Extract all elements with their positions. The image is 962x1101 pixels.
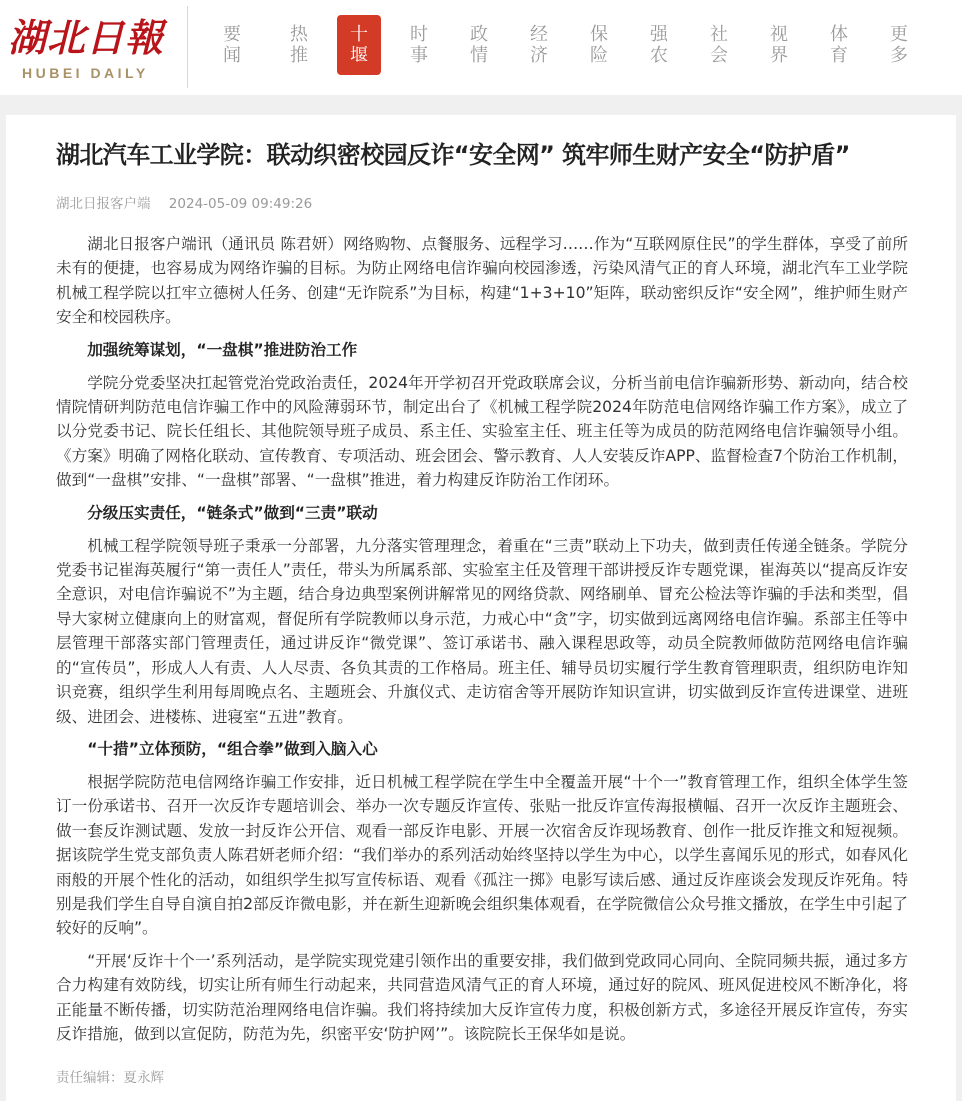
nav-item-baoxian[interactable]: 保 险 — [577, 15, 621, 75]
article-paragraph: 学院分党委坚决扛起管党治党政治责任，2024年开学初召开党政联席会议，分析当前电… — [56, 371, 908, 493]
nav-item-shijie[interactable]: 视 界 — [757, 15, 801, 75]
nav-label-line1: 十 — [350, 24, 368, 45]
responsible-editor: 责任编辑：夏永辉 — [56, 1066, 164, 1086]
nav-item-qiangnong[interactable]: 强 农 — [637, 15, 681, 75]
article-datetime: 2024-05-09 09:49:26 — [169, 196, 312, 212]
nav-label-line1: 要 — [223, 24, 241, 45]
nav-label-line1: 强 — [650, 24, 668, 45]
nav-item-shiyan[interactable]: 十 堰 — [337, 15, 381, 75]
nav-label-line1: 保 — [590, 24, 608, 45]
nav-label-line1: 更 — [890, 24, 908, 45]
channel-nav: 要 闻 热 推 十 堰 时 事 政 情 经 济 保 险 强 农 — [210, 15, 962, 75]
nav-item-gengduo[interactable]: 更 多 — [877, 15, 921, 75]
nav-label-line2: 界 — [770, 45, 788, 66]
nav-label-line2: 险 — [590, 45, 608, 66]
nav-label-line2: 事 — [410, 45, 428, 66]
logo-chinese-text: 湖北日報 — [8, 14, 173, 62]
nav-label-line2: 农 — [650, 45, 668, 66]
nav-label-line1: 热 — [290, 24, 308, 45]
nav-label-line2: 多 — [890, 45, 908, 66]
nav-item-shehui[interactable]: 社 会 — [697, 15, 741, 75]
header-divider — [187, 6, 188, 88]
hubei-daily-logo[interactable]: 湖北日報 HUBEI DAILY — [8, 14, 173, 84]
nav-label-line1: 经 — [530, 24, 548, 45]
nav-label-line1: 政 — [470, 24, 488, 45]
nav-label-line1: 社 — [710, 24, 728, 45]
section-heading: 加强统筹谋划，“一盘棋”推进防治工作 — [56, 338, 908, 362]
nav-label-line2: 闻 — [223, 45, 241, 66]
article-card: 湖北汽车工业学院：联动织密校园反诈“安全网” 筑牢师生财产安全“防护盾” 湖北日… — [6, 115, 956, 1101]
nav-label-line2: 会 — [710, 45, 728, 66]
nav-label-line2: 育 — [830, 45, 848, 66]
site-header: 湖北日報 HUBEI DAILY 要 闻 热 推 十 堰 时 事 政 情 经 济… — [0, 0, 962, 95]
logo-english-text: HUBEI DAILY — [22, 65, 149, 81]
nav-item-yaowen[interactable]: 要 闻 — [210, 15, 254, 75]
nav-label-line1: 视 — [770, 24, 788, 45]
nav-item-zhengqing[interactable]: 政 情 — [457, 15, 501, 75]
nav-label-line2: 堰 — [350, 45, 368, 66]
nav-label-line2: 济 — [530, 45, 548, 66]
article-paragraph: “开展‘反诈十个一’系列活动，是学院实现党建引领作出的重要安排，我们做到党政同心… — [56, 949, 908, 1047]
article-paragraph: 根据学院防范电信网络诈骗工作安排，近日机械工程学院在学生中全覆盖开展“十个一”教… — [56, 770, 908, 941]
nav-label-line1: 时 — [410, 24, 428, 45]
article-title: 湖北汽车工业学院：联动织密校园反诈“安全网” 筑牢师生财产安全“防护盾” — [56, 137, 936, 173]
nav-label-line2: 推 — [290, 45, 308, 66]
section-heading: 分级压实责任，“链条式”做到“三责”联动 — [56, 501, 908, 525]
section-heading: “十措”立体预防，“组合拳”做到入脑入心 — [56, 737, 908, 761]
article-paragraph: 机械工程学院领导班子秉承一分部署，九分落实管理理念，着重在“三责”联动上下功夫，… — [56, 534, 908, 729]
nav-item-retui[interactable]: 热 推 — [277, 15, 321, 75]
article-paragraph: 湖北日报客户端讯（通讯员 陈君妍）网络购物、点餐服务、远程学习……作为“互联网原… — [56, 232, 908, 330]
article-body: 湖北日报客户端讯（通讯员 陈君妍）网络购物、点餐服务、远程学习……作为“互联网原… — [56, 232, 908, 1054]
nav-item-jingji[interactable]: 经 济 — [517, 15, 561, 75]
nav-item-shishi[interactable]: 时 事 — [397, 15, 441, 75]
article-meta: 湖北日报客户端 2024-05-09 09:49:26 — [56, 194, 312, 214]
nav-item-tiyu[interactable]: 体 育 — [817, 15, 861, 75]
nav-label-line1: 体 — [830, 24, 848, 45]
article-source: 湖北日报客户端 — [56, 196, 151, 212]
nav-label-line2: 情 — [470, 45, 488, 66]
